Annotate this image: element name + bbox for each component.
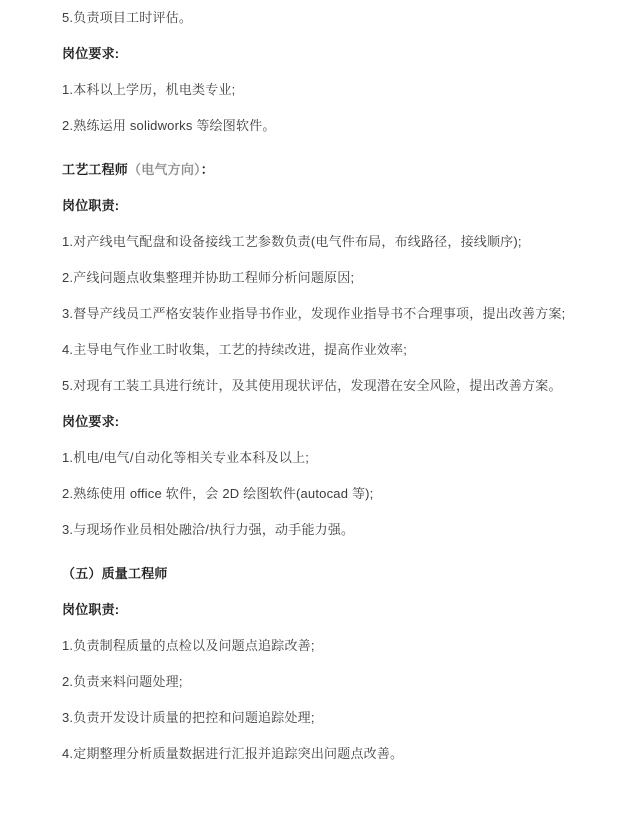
duties-heading: 岗位职责:	[62, 600, 593, 620]
duty-item: 3.负责开发设计质量的把控和问题追踪处理;	[62, 708, 593, 728]
duty-item: 4.主导电气作业工时收集，工艺的持续改进，提高作业效率;	[62, 340, 593, 360]
duty-item: 5.负责项目工时评估。	[62, 8, 593, 28]
duty-item: 2.产线问题点收集整理并协助工程师分析问题原因;	[62, 268, 593, 288]
duty-item: 1.对产线电气配盘和设备接线工艺参数负责(电气件布局，布线路径，接线顺序);	[62, 232, 593, 252]
duty-item: 5.对现有工装工具进行统计，及其使用现状评估，发现潜在安全风险，提出改善方案。	[62, 376, 593, 396]
duties-heading: 岗位职责:	[62, 196, 593, 216]
section-title-process-engineer: 工艺工程师（电气方向）：	[62, 160, 593, 180]
requirement-item: 1.机电/电气/自动化等相关专业本科及以上;	[62, 448, 593, 468]
requirement-item: 1.本科以上学历，机电类专业;	[62, 80, 593, 100]
job-title-direction: （电气方向）	[128, 162, 201, 177]
requirements-heading: 岗位要求:	[62, 44, 593, 64]
duty-item: 2.负责来料问题处理;	[62, 672, 593, 692]
requirement-item: 2.熟练运用 solidworks 等绘图软件。	[62, 116, 593, 136]
section-title-quality-engineer: （五）质量工程师	[62, 564, 593, 584]
requirement-item: 3.与现场作业员相处融洽/执行力强，动手能力强。	[62, 520, 593, 540]
job-title-colon: ：	[201, 162, 214, 177]
duty-item: 1.负责制程质量的点检以及问题点追踪改善;	[62, 636, 593, 656]
document-page: 5.负责项目工时评估。 岗位要求: 1.本科以上学历，机电类专业; 2.熟练运用…	[0, 0, 633, 815]
duty-item: 4.定期整理分析质量数据进行汇报并追踪突出问题点改善。	[62, 744, 593, 764]
requirement-item: 2.熟练使用 office 软件，会 2D 绘图软件(autocad 等);	[62, 484, 593, 504]
duty-item: 3.督导产线员工严格安装作业指导书作业，发现作业指导书不合理事项，提出改善方案;	[62, 304, 593, 324]
requirements-heading: 岗位要求:	[62, 412, 593, 432]
job-title-text: 工艺工程师	[62, 162, 128, 177]
